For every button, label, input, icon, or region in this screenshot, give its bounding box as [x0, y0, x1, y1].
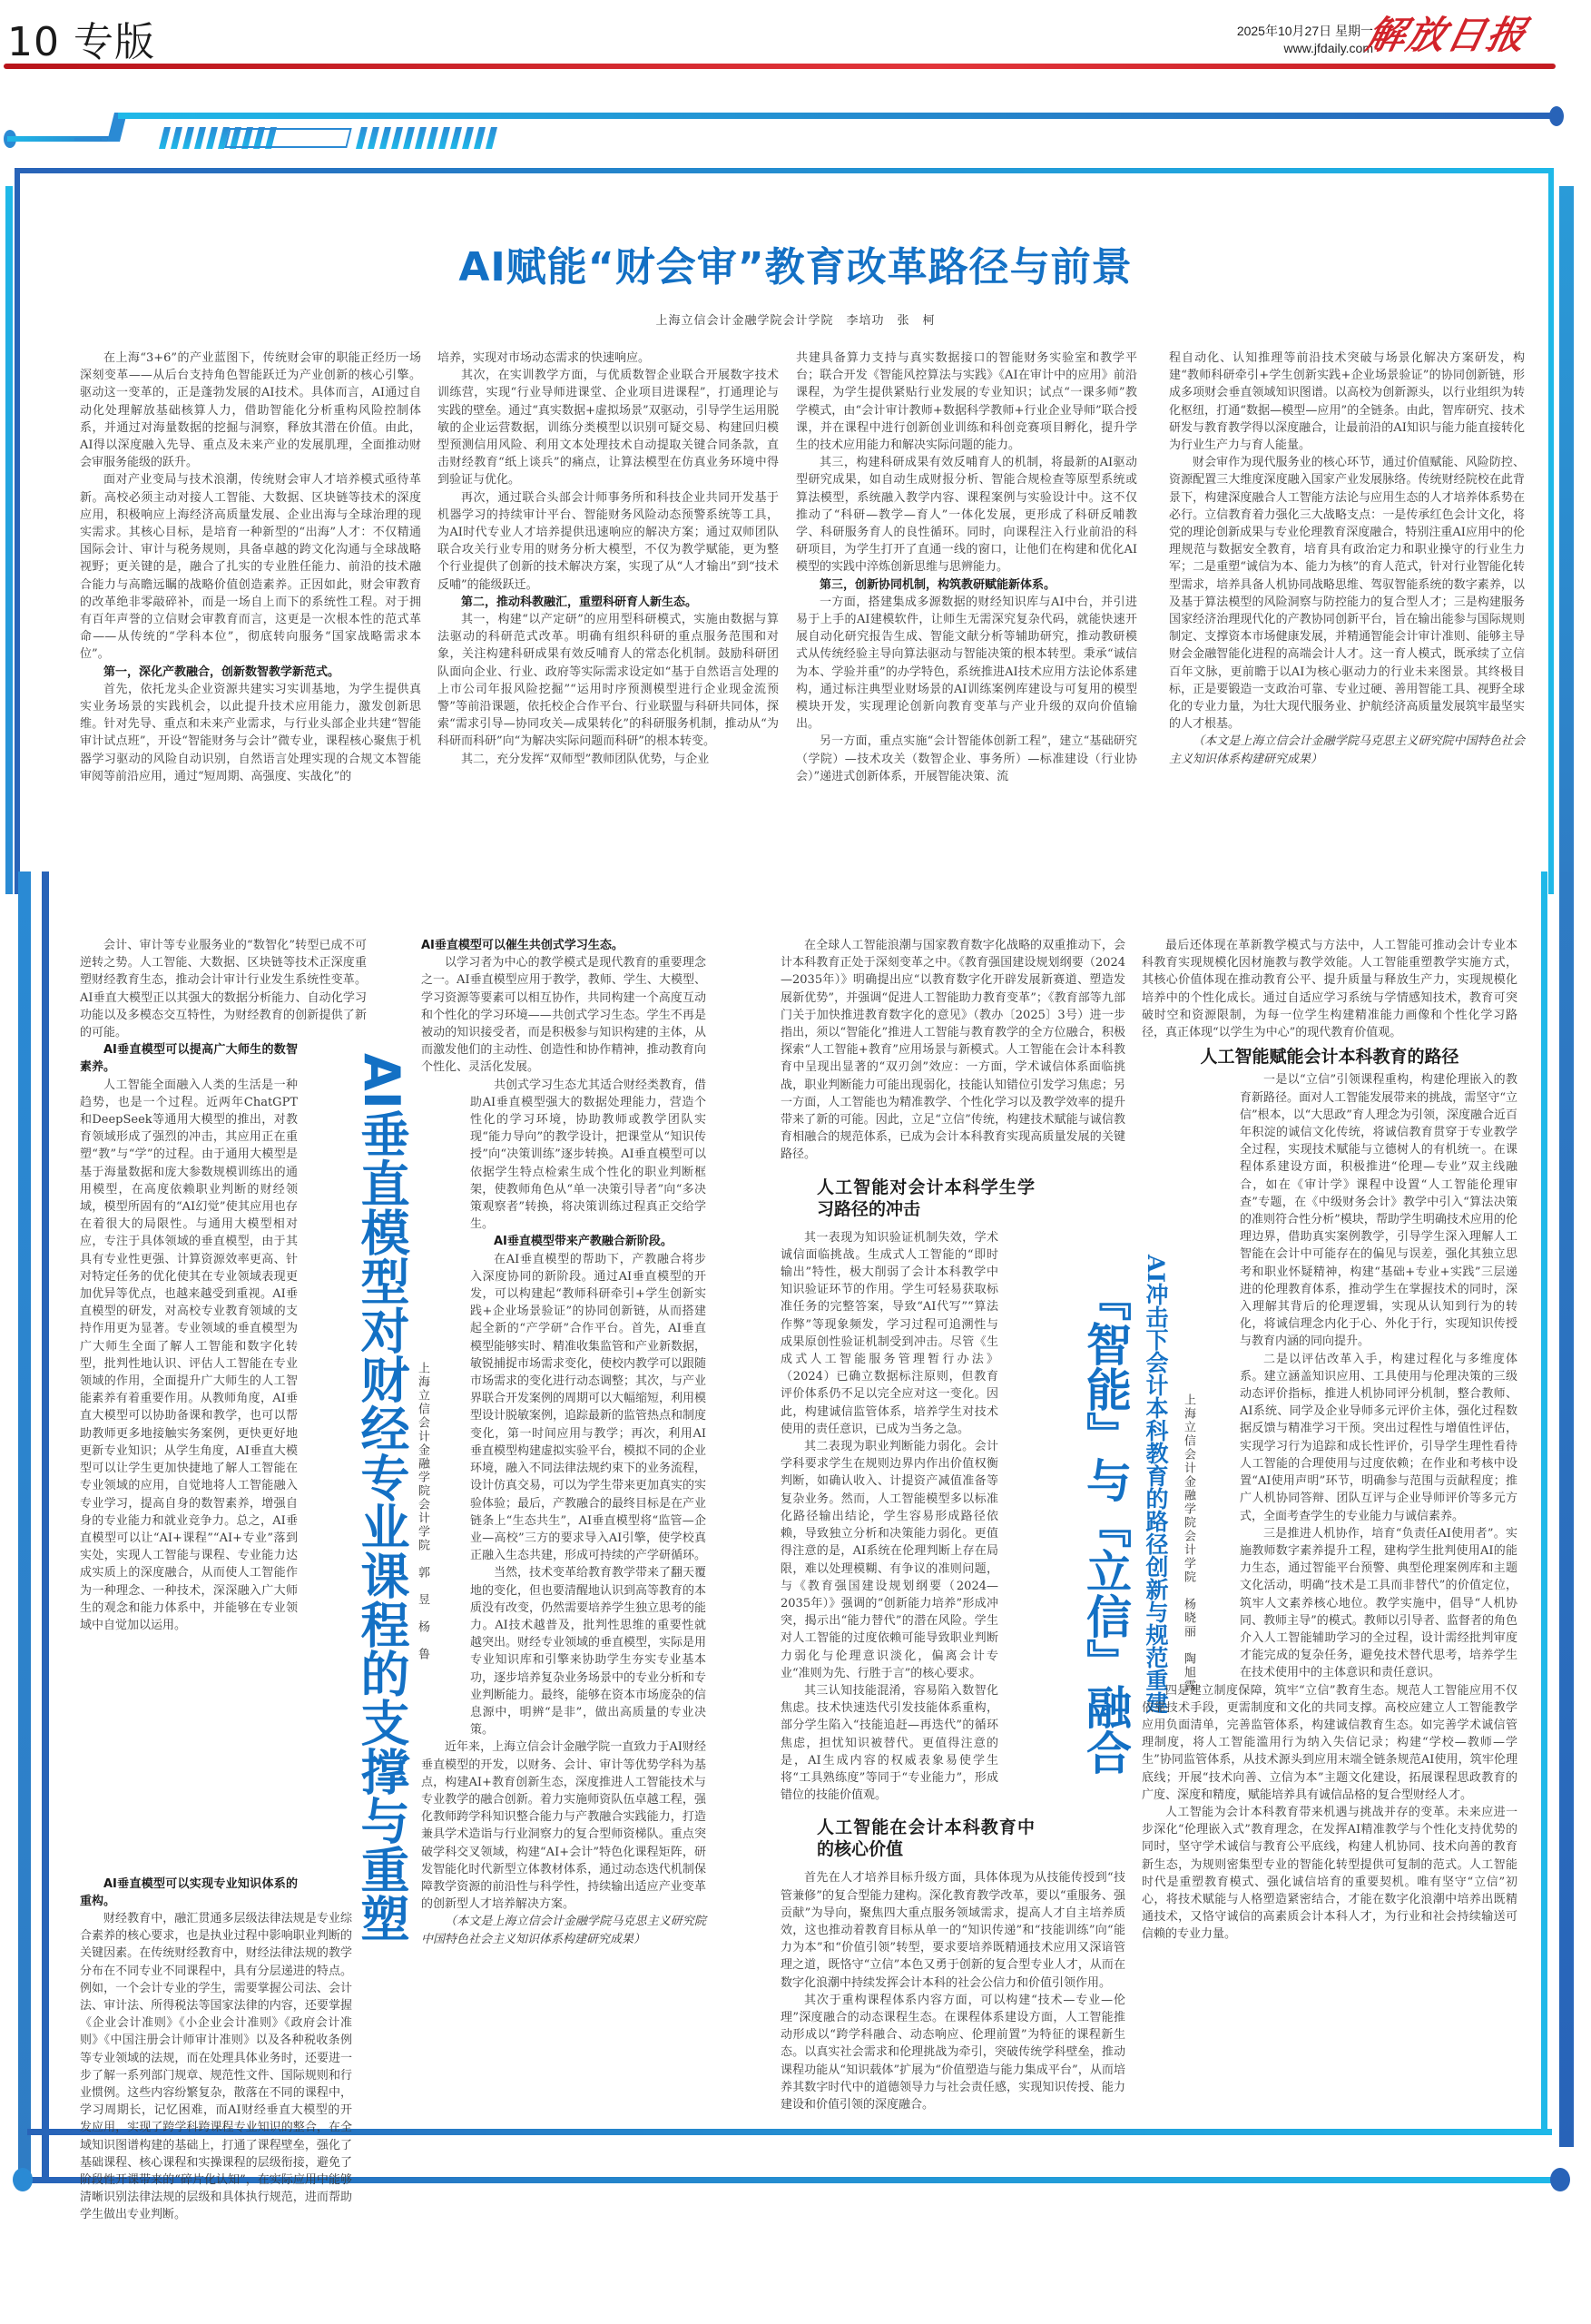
masthead-red-rule [4, 64, 1556, 69]
paragraph: 共创式学习生态尤其适合财经类教育，借助AI垂直模型强大的数据处理能力，营造个性化… [470, 1077, 706, 1234]
frame-line [118, 113, 1552, 119]
section-heading: 第二，推动科教融汇，重塑科研育人新生态。 [437, 594, 779, 611]
article1-column-2: 培养，实现对市场动态需求的快速响应。 其次，在实训教学方面，与优质数智企业联合开… [437, 350, 779, 768]
frame-dot-icon [1550, 2168, 1570, 2191]
frame-bar [1559, 871, 1574, 2147]
paragraph: 其次于重构课程体系内容方面，可以构建“技术—专业—伦理”深度融合的动态课程生态。… [781, 1992, 1125, 2113]
paragraph: 会计、审计等专业服务业的“数智化”转型已成不可逆转之势。人工智能、大数据、区块链… [80, 937, 367, 1041]
section-heading: AI垂直模型可以提高广大师生的数智素养。 [80, 1041, 298, 1076]
article1-column-1: 在上海“3+6”的产业蓝图下，传统财会审的职能正经历一场深刻变革——从后台支持角… [80, 350, 421, 785]
paragraph: 财会审作为现代服务业的核心环节，通过价值赋能、风险防控、资源配置三大维度深度融入… [1169, 454, 1525, 733]
paragraph: 三是推进人机协作，培育“负责任AI使用者”。实施教师数字素养提升工程，建构学生批… [1240, 1525, 1517, 1682]
section-heading: AI垂直模型带来产教融合新阶段。 [470, 1233, 706, 1250]
paragraph: 一是以“立信”引领课程重构，构建伦理嵌入的教育新路径。面对人工智能发展带来的挑战… [1240, 1071, 1517, 1350]
article1-column-4: 程自动化、认知推理等前沿技术突破与场景化解决方案研发，构建“教师科研牵引+学生创… [1169, 350, 1525, 768]
paragraph: 其次，在实训教学方面，与优质数智企业联合开展数字技术训练营，实现“行业导师进课堂… [437, 367, 779, 488]
paragraph: 培养，实现对市场动态需求的快速响应。 [437, 350, 779, 367]
masthead: 10 专版 2025年10月27日 星期一 www.jfdaily.com 解放… [0, 0, 1591, 73]
paragraph: 其三认知技能混淆，容易陷入数智化焦虑。技术快速迭代引发技能体系重构，部分学生陷入… [781, 1682, 998, 1804]
frame-window [224, 128, 351, 148]
paragraph: 首先，依托龙头企业资源共建实习实训基地，为学生提供真实业务场景的实践机会，以此提… [80, 681, 421, 785]
section-heading: 人工智能对会计本科学生学习路径的冲击 [817, 1177, 1035, 1220]
issue-date: 2025年10月27日 星期一 [1237, 22, 1373, 40]
paragraph: 其一，构建“以产定研”的应用型科研模式，实施由数据与算法驱动的科研范式改革。明确… [437, 611, 779, 751]
paragraph: 在全球人工智能浪潮与国家教育数字化战略的双重推动下，会计本科教育正处于深刻变革之… [781, 937, 1125, 1164]
paragraph: 共建具备算力支持与真实数据接口的智能财务实验室和教学平台；联合开发《智能风控算法… [796, 350, 1137, 454]
paragraph: 在上海“3+6”的产业蓝图下，传统财会审的职能正经历一场深刻变革——从后台支持角… [80, 350, 421, 471]
frame-bar [1559, 186, 1574, 894]
frame-bar [18, 871, 31, 2179]
paragraph: 首先在人才培养目标升级方面，具体体现为从技能传授到“技管兼修”的复合型能力建构。… [781, 1869, 1125, 1991]
section-heading: AI垂直模型可以催生共创式学习生态。 [421, 937, 706, 954]
section-heading: 第一，深化产教融合，创新数智教学新范式。 [80, 664, 421, 681]
page-label: 10 专版 [7, 9, 155, 67]
article3-column-2: 最后还体现在革新教学模式与方法中，人工智能可推动会计专业本科教育实现规模化因材施… [1142, 937, 1517, 1944]
paragraph: 其二表现为职业判断能力弱化。会计学科要求学生在规则边界内作出价值权衡判断，如确认… [781, 1438, 998, 1682]
paragraph: 二是以评估改革入手，构建过程化与多维度体系。建立涵盖知识应用、工具使用与伦理决策… [1240, 1351, 1517, 1525]
paragraph: 程自动化、认知推理等前沿技术突破与场景化解决方案研发，构建“教师科研牵引+学生创… [1169, 350, 1525, 454]
paragraph: 以学习者为中心的教学模式是现代教育的重要理念之一。AI垂直模型应用于教学，教师、… [421, 954, 706, 1076]
stripe-pattern [358, 127, 495, 149]
paragraph: 近年来，上海立信会计金融学院一直致力于AI财经垂直模型的开发，以财务、会计、审计… [421, 1738, 706, 1913]
frame-line [42, 871, 49, 2179]
paragraph: 其一表现为知识验证机制失效，学术诚信面临挑战。生成式人工智能的“即时输出”特性，… [781, 1229, 998, 1438]
frame-dot-icon [13, 2168, 33, 2191]
section-heading: 人工智能在会计本科教育中的核心价值 [817, 1817, 1035, 1860]
article-note: （本文是上海立信会计金融学院马克思主义研究院中国特色社会主义知识体系构建研究成果… [1169, 733, 1525, 767]
paragraph: 再次，通过联合头部会计师事务所和科技企业共同开发基于机器学习的持续审计平台、智能… [437, 489, 779, 594]
section-heading: 第三，创新协同机制，构筑教研赋能新体系。 [796, 576, 1137, 594]
article1-column-3: 共建具备算力支持与真实数据接口的智能财务实验室和教学平台；联合开发《智能风控算法… [796, 350, 1137, 785]
paragraph: 当然，技术变革给教育教学带来了翻天覆地的变化，但也要清醒地认识到高等教育的本质没… [470, 1564, 706, 1738]
site-url[interactable]: www.jfdaily.com [1283, 41, 1373, 55]
article1-title: AI赋能“财会审”教育改革路径与前景 [0, 234, 1591, 292]
section-heading: 人工智能赋能会计本科教育的路径 [1142, 1049, 1517, 1066]
frame-line [20, 168, 1554, 173]
paragraph: 面对产业变局与技术浪潮，传统财会审人才培养模式亟待革新。高校必须主动对接人工智能… [80, 471, 421, 663]
article-note: （本文是上海立信会计金融学院马克思主义研究院中国特色社会主义知识体系构建研究成果… [421, 1913, 706, 1947]
article3-column-1: 在全球人工智能浪潮与国家教育数字化战略的双重推动下，会计本科教育正处于深刻变革之… [781, 937, 1125, 2113]
article2-column-2: AI垂直模型可以催生共创式学习生态。 以学习者为中心的教学模式是现代教育的重要理… [421, 937, 706, 1948]
paragraph: 财经教育中，融汇贯通多层级法律法规是专业综合素养的核心要求，也是执业过程中影响职… [80, 1910, 352, 2224]
paragraph: 一方面，搭建集成多源数据的财经知识库与AI中台，并引进易于上手的AI建模软件，让… [796, 594, 1137, 734]
frame-dot-icon [1549, 106, 1564, 126]
paragraph: 在AI垂直模型的帮助下，产教融合将步入深度协同的新阶段。通过AI垂直模型的开发，… [470, 1251, 706, 1565]
paragraph: 最后还体现在革新教学模式与方法中，人工智能可推动会计专业本科教育实现规模化因材施… [1142, 937, 1517, 1041]
frame-dash [74, 138, 100, 141]
paragraph: 人工智能全面融入人类的生活是一种趋势，也是一个过程。近两年ChatGPT和Dee… [80, 1077, 298, 1876]
article1-byline: 上海立信会计金融学院会计学院 李培功 张 柯 [0, 310, 1591, 328]
newspaper-logo: 解放日报 [1362, 5, 1534, 60]
paragraph: 人工智能为会计本科教育带来机遇与挑战并存的变革。未来应进一步深化“伦理嵌入式”教… [1142, 1804, 1517, 1944]
paragraph: 其二，充分发挥“双师型”教师团队优势，与企业 [437, 751, 779, 768]
article2-column-1: 会计、审计等专业服务业的“数智化”转型已成不可逆转之势。人工智能、大数据、区块链… [80, 937, 367, 2224]
paragraph: 其三，构建科研成果有效反哺育人的机制，将最新的AI驱动型研究成果，如自动生成财报… [796, 454, 1137, 576]
frame-line [1541, 871, 1547, 2133]
frame-bar [5, 186, 13, 894]
paragraph: 另一方面，重点实施“会计智能体创新工程”，建立“基础研究（学院）—技术攻关（数智… [796, 733, 1137, 785]
section-heading: AI垂直模型可以实现专业知识体系的重构。 [80, 1876, 298, 1910]
frame-dash [102, 138, 107, 141]
paragraph: 四是建立制度保障，筑牢“立信”教育生态。规范人工智能应用不仅依靠技术手段，更需制… [1142, 1682, 1517, 1804]
